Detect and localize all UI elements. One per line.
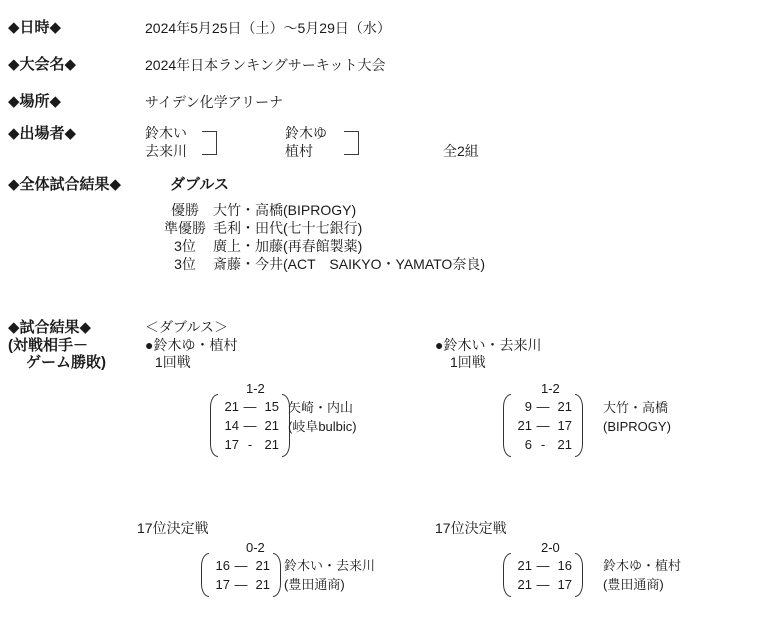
game-score: 21 (261, 416, 279, 435)
score-dash: — (239, 397, 261, 416)
pair-bracket-icon (344, 131, 359, 155)
match-results-sublabel-1: (対戦相手－ (8, 337, 88, 354)
game-score-row: 14 — 21 (221, 416, 279, 435)
pair1-player2: 去来川 (145, 143, 187, 160)
left-paren-icon (503, 553, 511, 597)
left-paren-icon (210, 394, 218, 457)
left-paren-icon (503, 394, 511, 457)
opponent-name-a2: 鈴木い・去来川 (284, 556, 375, 575)
right-paren-icon (575, 394, 583, 457)
tournament-name-label: ◆大会名◆ (8, 56, 76, 73)
tournament-name-value: 2024年日本ランキングサーキット大会 (145, 57, 385, 74)
score-dash: - (239, 435, 261, 454)
right-paren-icon (575, 553, 583, 597)
venue-label: ◆場所◆ (8, 93, 61, 110)
game-score: 9 (514, 397, 532, 416)
game-score-row: 21 — 15 (221, 397, 279, 416)
opponent-team-a1: (岐阜bulbic) (288, 417, 357, 436)
game-score-row: 21 — 17 (514, 416, 572, 435)
game-score: 16 (212, 556, 230, 575)
score-bracket-a2: 16 — 21 17 — 21 (201, 553, 281, 597)
game-score: 16 (554, 556, 572, 575)
game-score: 21 (514, 575, 532, 594)
total-pairs: 全2組 (443, 143, 479, 160)
game-score: 6 (514, 435, 532, 454)
pair-bracket-icon (202, 131, 217, 155)
score-bracket-a1: 21 — 15 14 — 21 17 - 21 (210, 394, 290, 457)
pair2-player2: 植村 (285, 143, 313, 160)
game-score: 21 (221, 397, 239, 416)
game-score: 21 (554, 397, 572, 416)
opponent-name-b2: 鈴木ゆ・植村 (603, 556, 681, 575)
round-label-b1: 1回戦 (450, 354, 486, 371)
result-rank-4: 3位 (162, 256, 208, 273)
pair1-player1: 鈴木い (145, 125, 187, 142)
score-dash: — (230, 556, 252, 575)
opponent-team-a2: (豊田通商) (284, 575, 345, 594)
game-score: 17 (221, 435, 239, 454)
right-paren-icon (273, 553, 281, 597)
opponent-name-a1: 矢崎・内山 (288, 398, 353, 417)
score-dash: — (532, 556, 554, 575)
game-score-row: 17 - 21 (221, 435, 279, 454)
doubles-section-label: ＜ダブルス＞ (145, 319, 228, 336)
tournament-report-page: ◆日時◆ 2024年5月25日（土）～5月29日（水） ◆大会名◆ 2024年日… (0, 0, 757, 630)
game-score: 17 (554, 575, 572, 594)
result-rank-3: 3位 (162, 238, 208, 255)
game-score: 17 (212, 575, 230, 594)
score-bracket-b2: 21 — 16 21 — 17 (503, 553, 583, 597)
result-team-2: 毛利・田代(七十七銀行) (213, 220, 362, 237)
game-score: 21 (554, 435, 572, 454)
participants-label: ◆出場者◆ (8, 125, 76, 142)
result-team-3: 廣上・加藤(再春館製薬) (213, 238, 362, 255)
round-label-a2: 17位決定戦 (137, 520, 209, 537)
result-rank-2: 準優勝 (162, 220, 208, 237)
pair2-player1: 鈴木ゆ (285, 125, 327, 142)
score-dash: — (532, 416, 554, 435)
game-score: 17 (554, 416, 572, 435)
game-score: 21 (514, 556, 532, 575)
game-score: 21 (252, 575, 270, 594)
result-rank-1: 優勝 (162, 202, 208, 219)
pair-heading-b: ●鈴木い・去来川 (435, 337, 541, 354)
game-score-row: 17 — 21 (212, 575, 270, 594)
match-results-label: ◆試合結果◆ (8, 319, 91, 336)
game-score: 21 (261, 435, 279, 454)
result-team-1: 大竹・高橋(BIPROGY) (213, 202, 356, 219)
game-score: 15 (261, 397, 279, 416)
score-dash: - (532, 435, 554, 454)
score-dash: — (532, 397, 554, 416)
left-paren-icon (201, 553, 209, 597)
pair-heading-a: ●鈴木ゆ・植村 (145, 337, 237, 354)
opponent-team-b2: (豊田通商) (603, 575, 664, 594)
opponent-team-b1: (BIPROGY) (603, 417, 671, 436)
overall-results-label: ◆全体試合結果◆ (8, 176, 121, 193)
date-value: 2024年5月25日（土）～5月29日（水） (145, 20, 391, 37)
score-dash: — (230, 575, 252, 594)
date-label: ◆日時◆ (8, 19, 61, 36)
game-score-row: 21 — 17 (514, 575, 572, 594)
game-score: 21 (252, 556, 270, 575)
round-label-b2: 17位決定戦 (435, 520, 507, 537)
opponent-name-b1: 大竹・高橋 (603, 398, 668, 417)
match-results-sublabel-2: ゲーム勝敗) (26, 354, 106, 371)
game-score-row: 21 — 16 (514, 556, 572, 575)
game-score: 21 (514, 416, 532, 435)
result-team-4: 斎藤・今井(ACT SAIKYO・YAMATO奈良) (213, 256, 485, 273)
game-score-row: 6 - 21 (514, 435, 572, 454)
score-dash: — (239, 416, 261, 435)
game-score: 14 (221, 416, 239, 435)
game-score-row: 9 — 21 (514, 397, 572, 416)
venue-value: サイデン化学アリーナ (145, 94, 283, 111)
round-label-a1: 1回戦 (155, 354, 191, 371)
game-score-row: 16 — 21 (212, 556, 270, 575)
score-bracket-b1: 9 — 21 21 — 17 6 - 21 (503, 394, 583, 457)
doubles-category-label: ダブルス (170, 176, 229, 193)
score-dash: — (532, 575, 554, 594)
